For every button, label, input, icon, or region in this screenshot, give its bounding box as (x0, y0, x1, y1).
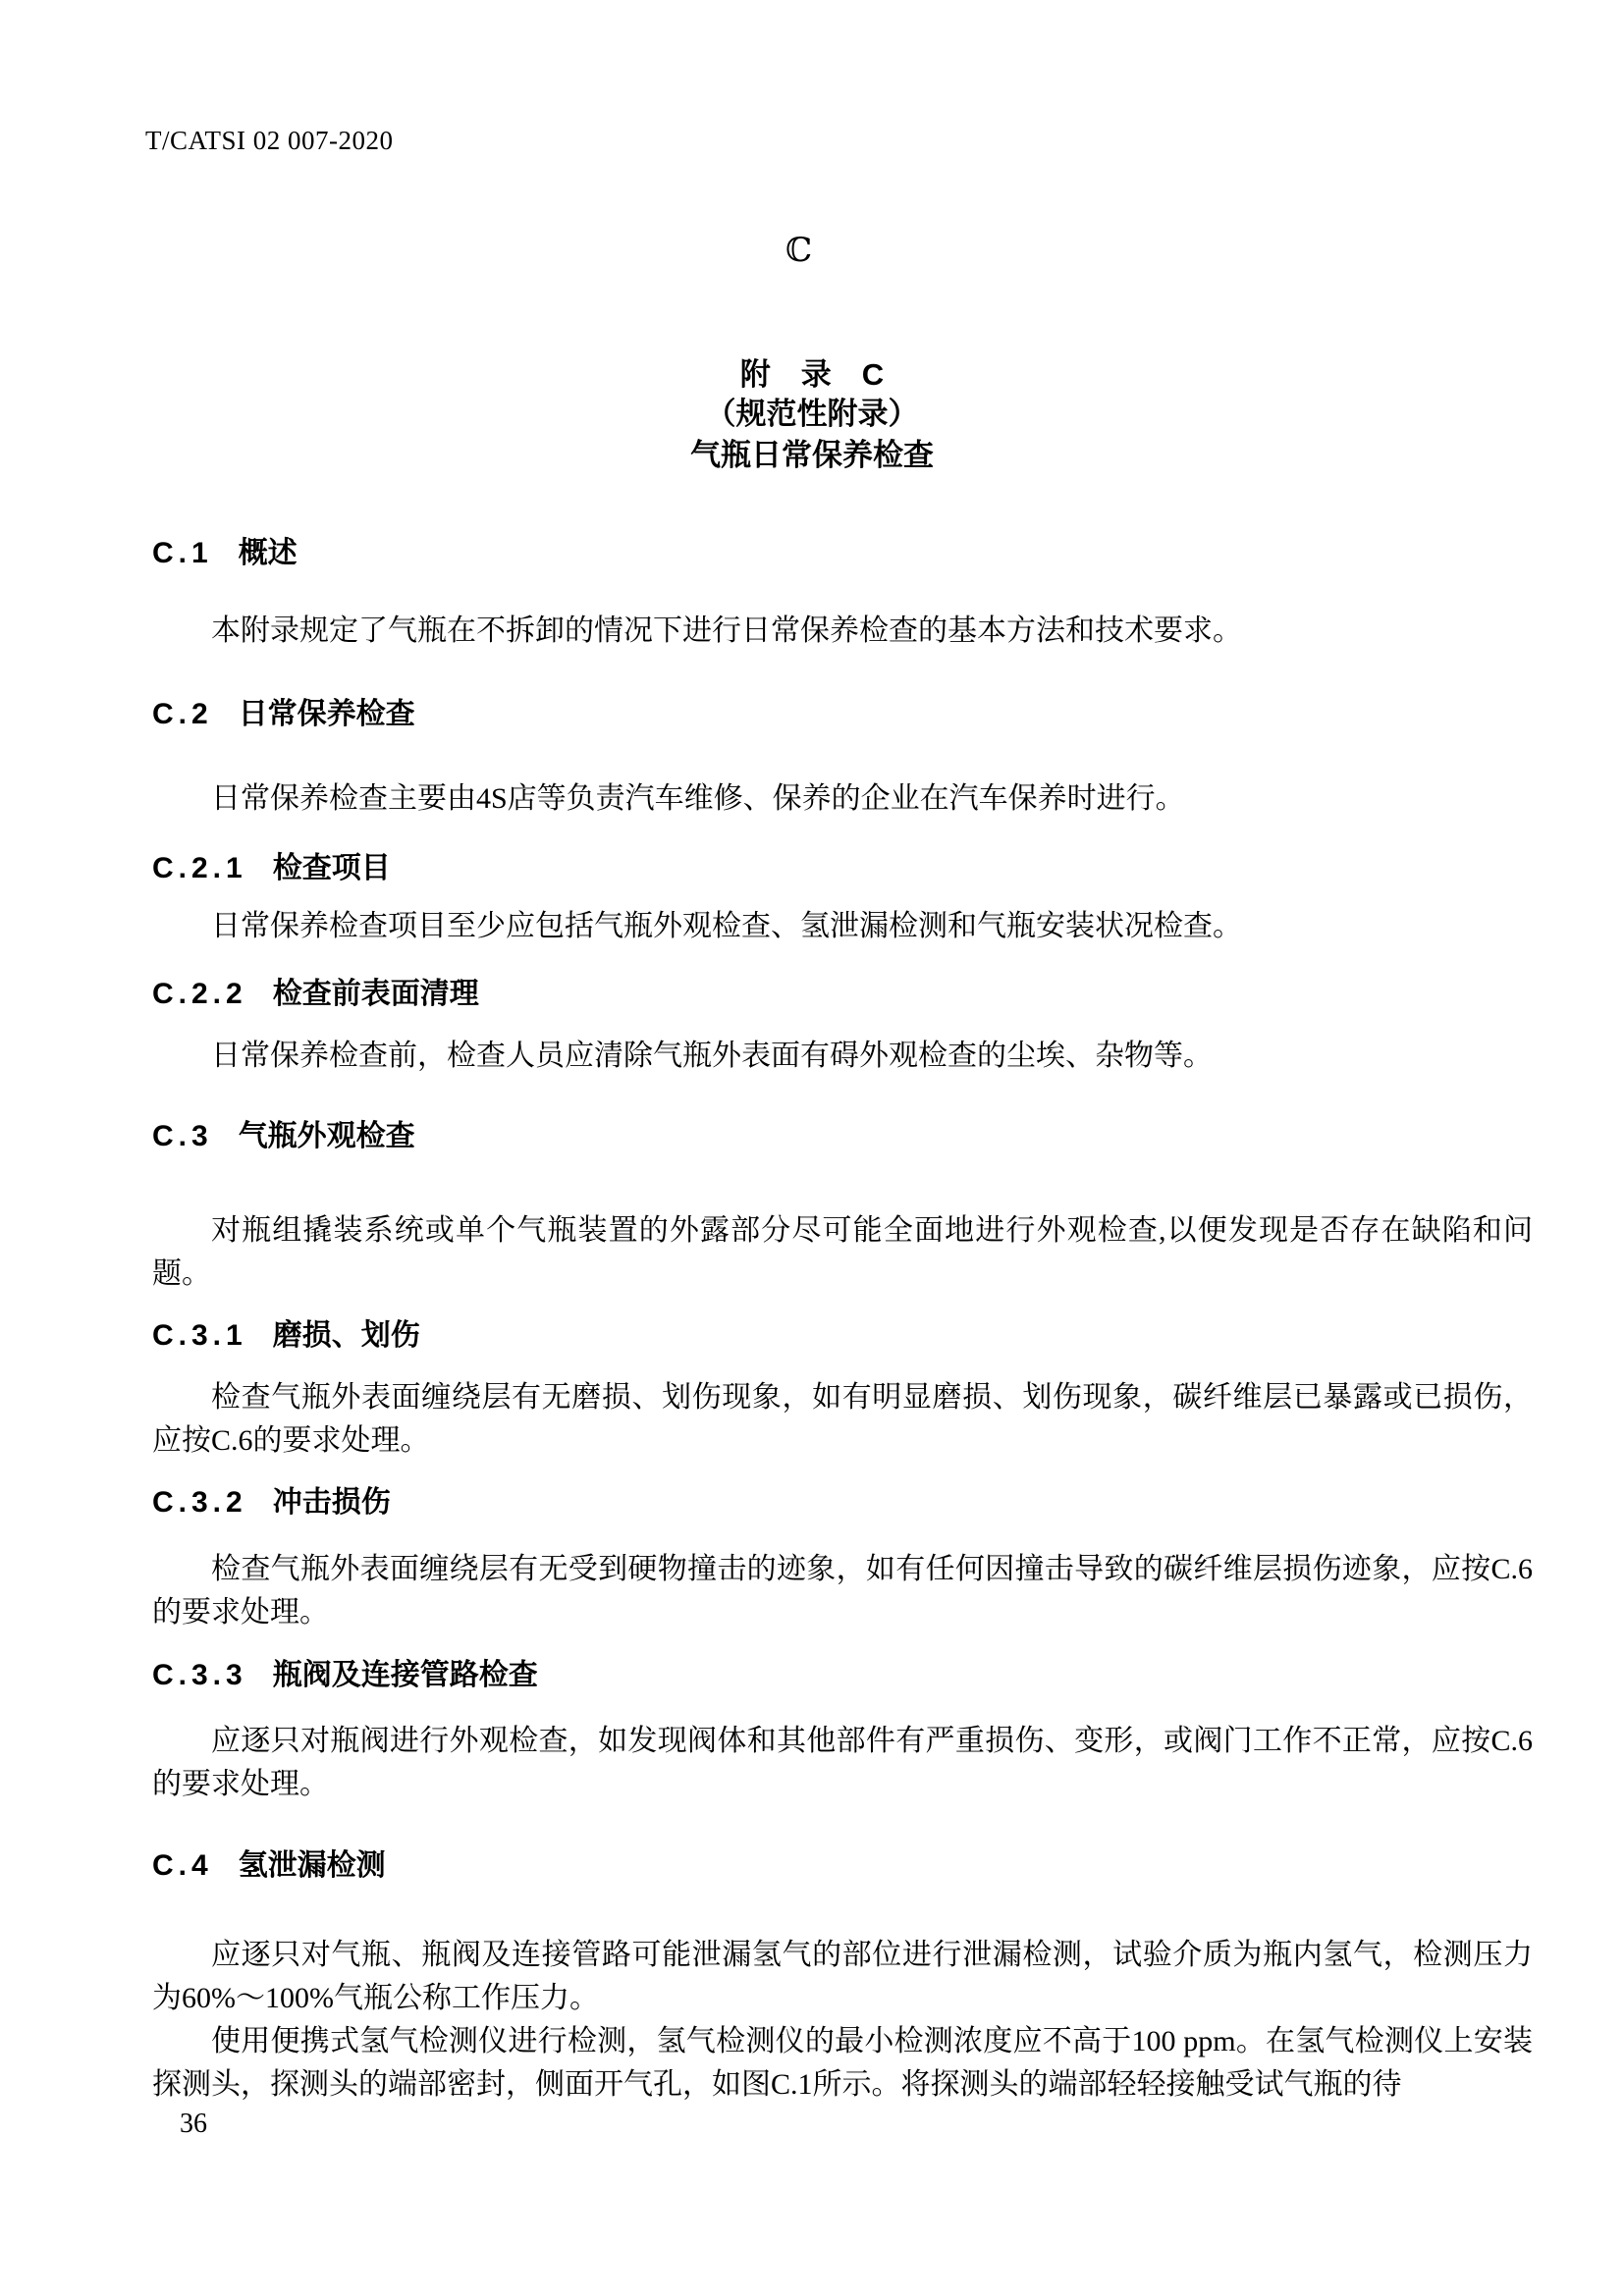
section-number: C.4 (152, 1850, 213, 1882)
section-number: C.2 (152, 699, 213, 730)
appendix-title: 附 录 C (17, 359, 1607, 391)
standard-number-header: T/CATSI 02 007-2020 (145, 126, 394, 155)
section-heading-c1: C.1概述 (152, 538, 298, 569)
paragraph: 日常保养检查主要由4S店等负责汽车维修、保养的企业在汽车保养时进行。 (152, 777, 1533, 821)
paragraph: 应逐只对瓶阀进行外观检查，如发现阀体和其他部件有严重损伤、变形，或阀门工作不正常… (152, 1720, 1533, 1806)
appendix-subtitle-normative: （规范性附录） (17, 399, 1607, 430)
page-number: 36 (180, 2109, 207, 2139)
paragraph: 本附录规定了气瓶在不拆卸的情况下进行日常保养检查的基本方法和技术要求。 (152, 610, 1533, 653)
section-heading-c2: C.2日常保养检查 (152, 699, 415, 730)
section-heading-c4: C.4氢泄漏检测 (152, 1850, 386, 1882)
section-title: 检查项目 (273, 852, 391, 884)
paragraph: 检查气瓶外表面缠绕层有无磨损、划伤现象，如有明显磨损、划伤现象，碳纤维层已暴露或… (152, 1376, 1533, 1463)
section-number: C.3.3 (152, 1660, 247, 1691)
section-number: C.1 (152, 538, 213, 569)
section-number: C.3 (152, 1121, 213, 1152)
paragraph: 应逐只对气瓶、瓶阀及连接管路可能泄漏氢气的部位进行泄漏检测，试验介质为瓶内氢气，… (152, 1934, 1533, 2020)
paragraph: 日常保养检查前，检查人员应清除气瓶外表面有碍外观检查的尘埃、杂物等。 (152, 1035, 1533, 1078)
section-heading-c22: C.2.2检查前表面清理 (152, 979, 479, 1010)
section-heading-c3: C.3气瓶外观检查 (152, 1121, 415, 1152)
paragraph: 对瓶组撬装系统或单个气瓶装置的外露部分尽可能全面地进行外观检查,以便发现是否存在… (152, 1209, 1533, 1296)
section-title: 磨损、划伤 (273, 1319, 420, 1352)
paragraph: 日常保养检查项目至少应包括气瓶外观检查、氢泄漏检测和气瓶安装状况检查。 (152, 905, 1533, 948)
section-number: C.2.1 (152, 853, 247, 884)
paragraph: 使用便携式氢气检测仪进行检测，氢气检测仪的最小检测浓度应不高于100 ppm。在… (152, 2020, 1533, 2107)
section-heading-c33: C.3.3瓶阀及连接管路检查 (152, 1660, 538, 1691)
section-title: 冲击损伤 (273, 1486, 391, 1519)
section-number: C.3.2 (152, 1487, 247, 1519)
section-title: 概述 (239, 537, 298, 569)
section-heading-c21: C.2.1检查项目 (152, 853, 391, 884)
section-heading-c32: C.3.2冲击损伤 (152, 1487, 391, 1519)
section-title: 检查前表面清理 (273, 978, 479, 1010)
section-number: C.3.1 (152, 1320, 247, 1352)
document-page: T/CATSI 02 007-2020 ℂ 附 录 C （规范性附录） 气瓶日常… (0, 0, 1624, 2296)
paragraph: 检查气瓶外表面缠绕层有无受到硬物撞击的迹象，如有任何因撞击导致的碳纤维层损伤迹象… (152, 1548, 1533, 1634)
section-title: 瓶阀及连接管路检查 (273, 1659, 538, 1691)
appendix-subtitle-name: 气瓶日常保养检查 (17, 440, 1607, 471)
section-title: 气瓶外观检查 (239, 1120, 415, 1152)
watermark-c-glyph: ℂ (785, 233, 812, 268)
section-title: 氢泄漏检测 (239, 1849, 386, 1882)
section-title: 日常保养检查 (239, 698, 415, 730)
section-number: C.2.2 (152, 979, 247, 1010)
section-heading-c31: C.3.1磨损、划伤 (152, 1320, 420, 1352)
